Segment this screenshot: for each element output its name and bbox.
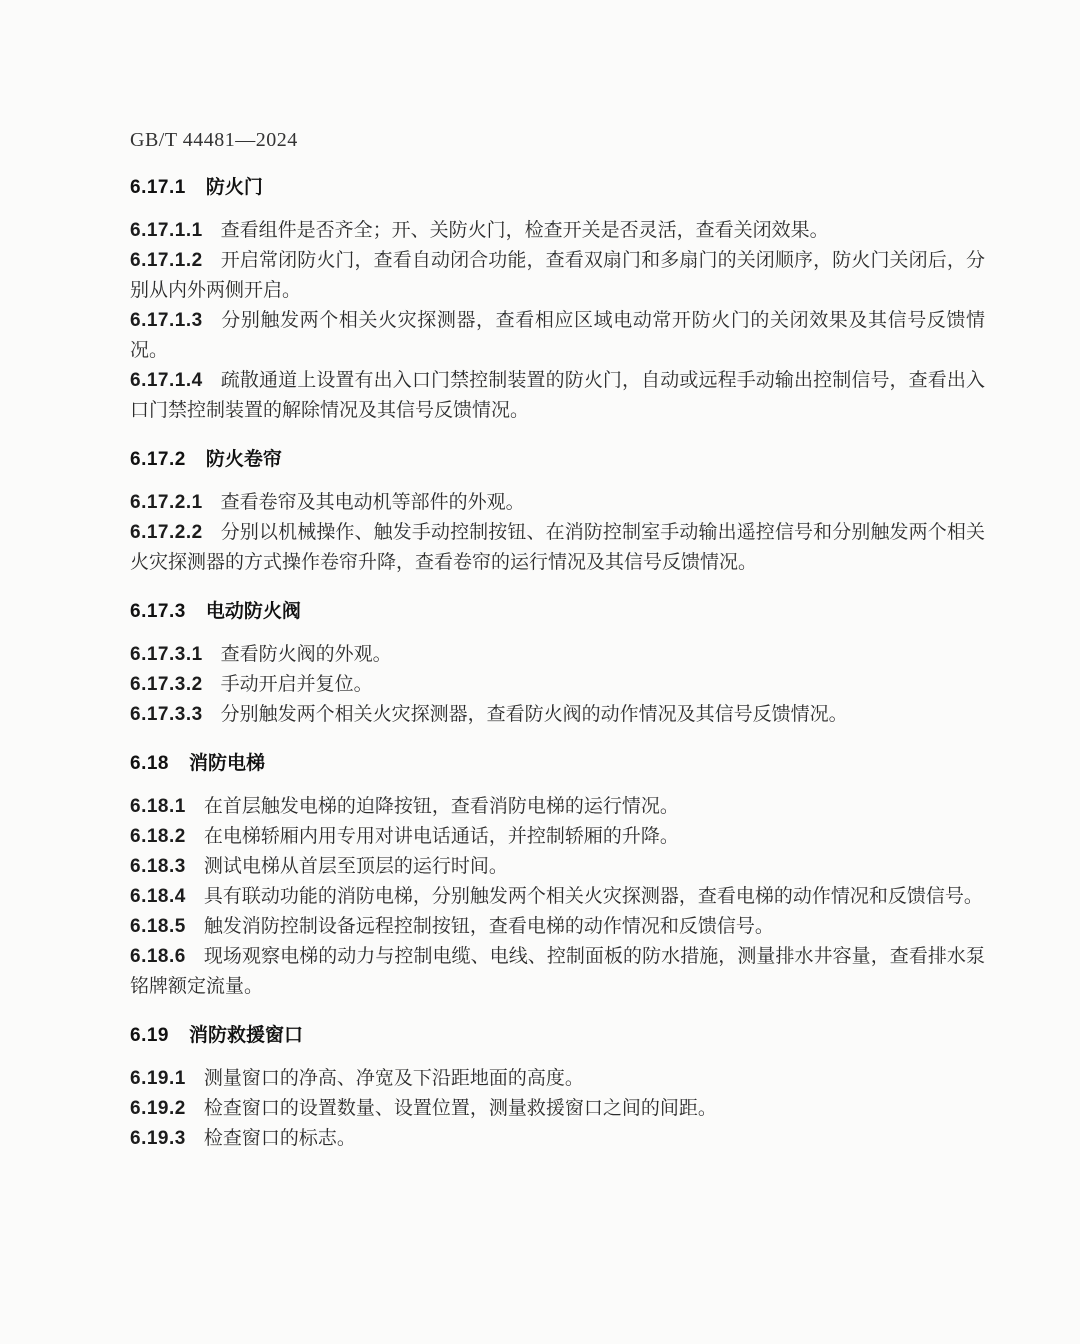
clause: 6.17.2.2分别以机械操作、触发手动控制按钮、在消防控制室手动输出遥控信号和… [130, 518, 985, 578]
clause: 6.19.2检查窗口的设置数量、设置位置，测量救援窗口之间的间距。 [130, 1094, 985, 1124]
clause-number: 6.17.2.2 [130, 522, 203, 543]
clause-text: 查看防火阀的外观。 [221, 644, 392, 665]
section-heading: 6.19 消防救援窗口 [130, 1022, 985, 1050]
clause-text: 开启常闭防火门，查看自动闭合功能，查看双扇门和多扇门的关闭顺序，防火门关闭后，分… [130, 250, 985, 301]
clause-number: 6.17.1.4 [130, 370, 203, 391]
clause: 6.19.1测量窗口的净高、净宽及下沿距地面的高度。 [130, 1064, 985, 1094]
section-title: 防火卷帘 [206, 446, 282, 474]
clause: 6.17.3.2手动开启并复位。 [130, 670, 985, 700]
section-heading: 6.17.3 电动防火阀 [130, 598, 985, 626]
clause: 6.17.1.3分别触发两个相关火灾探测器，查看相应区域电动常开防火门的关闭效果… [130, 306, 985, 366]
clause-number: 6.17.3.1 [130, 644, 203, 665]
clause-text: 测试电梯从首层至顶层的运行时间。 [204, 856, 508, 877]
clause-text: 触发消防控制设备远程控制按钮，查看电梯的动作情况和反馈信号。 [204, 916, 774, 937]
section-fire-doors: 6.17.1 防火门 6.17.1.1查看组件是否齐全；开、关防火门，检查开关是… [130, 174, 985, 426]
clause-number: 6.18.4 [130, 886, 186, 907]
clause-text: 手动开启并复位。 [221, 674, 373, 695]
section-number: 6.19 [130, 1022, 169, 1050]
section-heading: 6.17.2 防火卷帘 [130, 446, 985, 474]
clause-number: 6.18.3 [130, 856, 186, 877]
clause-number: 6.18.1 [130, 796, 186, 817]
clause: 6.18.3测试电梯从首层至顶层的运行时间。 [130, 852, 985, 882]
clause: 6.17.1.2开启常闭防火门，查看自动闭合功能，查看双扇门和多扇门的关闭顺序，… [130, 246, 985, 306]
clause: 6.17.3.3分别触发两个相关火灾探测器，查看防火阀的动作情况及其信号反馈情况… [130, 700, 985, 730]
section-heading: 6.18 消防电梯 [130, 750, 985, 778]
clause-text: 测量窗口的净高、净宽及下沿距地面的高度。 [204, 1068, 584, 1089]
clause-text: 检查窗口的设置数量、设置位置，测量救援窗口之间的间距。 [204, 1098, 717, 1119]
section-number: 6.17.1 [130, 174, 186, 202]
clause: 6.18.1在首层触发电梯的迫降按钮，查看消防电梯的运行情况。 [130, 792, 985, 822]
clause-number: 6.17.1.1 [130, 220, 203, 241]
section-number: 6.17.3 [130, 598, 186, 626]
clause-number: 6.17.2.1 [130, 492, 203, 513]
clause-text: 在首层触发电梯的迫降按钮，查看消防电梯的运行情况。 [204, 796, 679, 817]
section-fire-elevators: 6.18 消防电梯 6.18.1在首层触发电梯的迫降按钮，查看消防电梯的运行情况… [130, 750, 985, 1002]
clause-text: 在电梯轿厢内用专用对讲电话通话，并控制轿厢的升降。 [204, 826, 679, 847]
clause: 6.19.3检查窗口的标志。 [130, 1124, 985, 1154]
clause: 6.17.1.1查看组件是否齐全；开、关防火门，检查开关是否灵活，查看关闭效果。 [130, 216, 985, 246]
section-title: 消防电梯 [189, 750, 265, 778]
section-title: 消防救援窗口 [189, 1022, 303, 1050]
clause-number: 6.18.2 [130, 826, 186, 847]
clause-number: 6.19.3 [130, 1128, 186, 1149]
clause: 6.17.1.4疏散通道上设置有出入口门禁控制装置的防火门，自动或远程手动输出控… [130, 366, 985, 426]
clause-number: 6.17.1.3 [130, 310, 203, 331]
standard-number-header: GB/T 44481—2024 [130, 128, 985, 152]
section-electric-fire-dampers: 6.17.3 电动防火阀 6.17.3.1查看防火阀的外观。 6.17.3.2手… [130, 598, 985, 730]
clause-number: 6.19.2 [130, 1098, 186, 1119]
clause: 6.18.2在电梯轿厢内用专用对讲电话通话，并控制轿厢的升降。 [130, 822, 985, 852]
clause-text: 分别以机械操作、触发手动控制按钮、在消防控制室手动输出遥控信号和分别触发两个相关… [130, 522, 985, 573]
clause-number: 6.17.3.2 [130, 674, 203, 695]
section-title: 电动防火阀 [206, 598, 301, 626]
section-number: 6.17.2 [130, 446, 186, 474]
clause-text: 查看组件是否齐全；开、关防火门，检查开关是否灵活，查看关闭效果。 [221, 220, 829, 241]
clause-number: 6.17.3.3 [130, 704, 203, 725]
clause-number: 6.17.1.2 [130, 250, 203, 271]
clause: 6.17.3.1查看防火阀的外观。 [130, 640, 985, 670]
clause-text: 现场观察电梯的动力与控制电缆、电线、控制面板的防水措施，测量排水井容量，查看排水… [130, 946, 985, 997]
clause: 6.17.2.1查看卷帘及其电动机等部件的外观。 [130, 488, 985, 518]
section-number: 6.18 [130, 750, 169, 778]
section-title: 防火门 [206, 174, 263, 202]
clause: 6.18.4具有联动功能的消防电梯，分别触发两个相关火灾探测器，查看电梯的动作情… [130, 882, 985, 912]
section-fire-rescue-windows: 6.19 消防救援窗口 6.19.1测量窗口的净高、净宽及下沿距地面的高度。 6… [130, 1022, 985, 1154]
section-fire-shutters: 6.17.2 防火卷帘 6.17.2.1查看卷帘及其电动机等部件的外观。 6.1… [130, 446, 985, 578]
clause-text: 查看卷帘及其电动机等部件的外观。 [221, 492, 525, 513]
clause-number: 6.18.5 [130, 916, 186, 937]
clause-number: 6.19.1 [130, 1068, 186, 1089]
clause: 6.18.6现场观察电梯的动力与控制电缆、电线、控制面板的防水措施，测量排水井容… [130, 942, 985, 1002]
clause-text: 分别触发两个相关火灾探测器，查看相应区域电动常开防火门的关闭效果及其信号反馈情况… [130, 310, 985, 361]
clause-text: 疏散通道上设置有出入口门禁控制装置的防火门，自动或远程手动输出控制信号，查看出入… [130, 370, 985, 421]
clause-text: 分别触发两个相关火灾探测器，查看防火阀的动作情况及其信号反馈情况。 [221, 704, 848, 725]
clause-text: 具有联动功能的消防电梯，分别触发两个相关火灾探测器，查看电梯的动作情况和反馈信号… [204, 886, 983, 907]
clause: 6.18.5触发消防控制设备远程控制按钮，查看电梯的动作情况和反馈信号。 [130, 912, 985, 942]
clause-number: 6.18.6 [130, 946, 186, 967]
section-heading: 6.17.1 防火门 [130, 174, 985, 202]
clause-text: 检查窗口的标志。 [204, 1128, 356, 1149]
document-page: GB/T 44481—2024 6.17.1 防火门 6.17.1.1查看组件是… [0, 0, 1080, 1344]
